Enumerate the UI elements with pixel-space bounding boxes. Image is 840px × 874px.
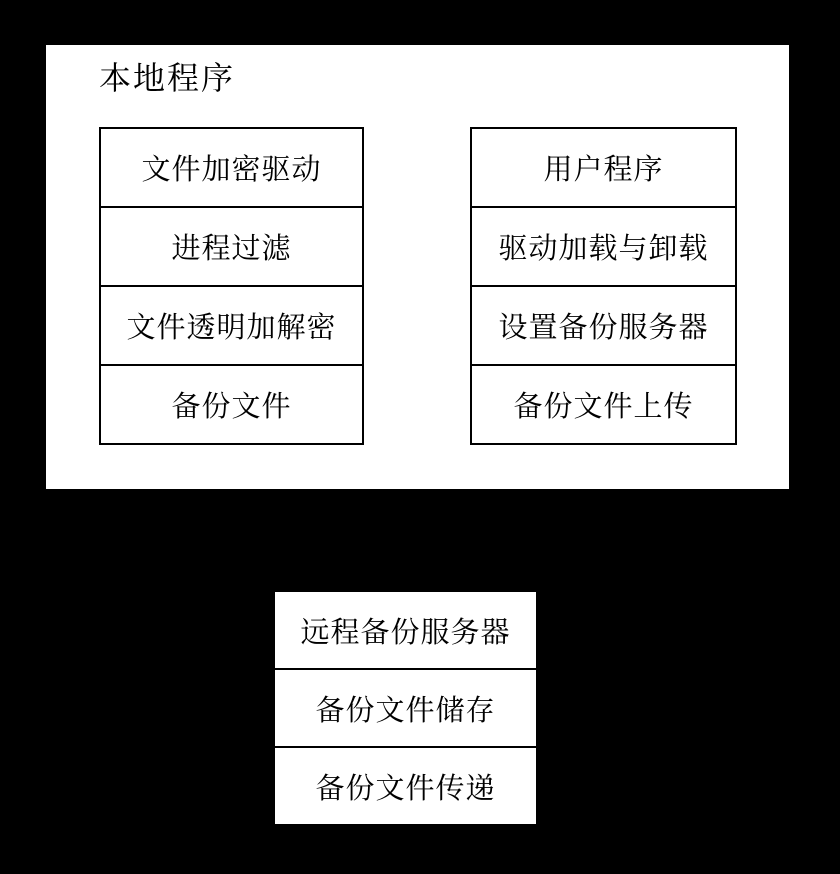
block-set-backup-server: 设置备份服务器	[470, 285, 737, 366]
driver-column: 文件加密驱动 进程过滤 文件透明加解密 备份文件	[99, 127, 364, 445]
block-process-filter: 进程过滤	[99, 206, 364, 287]
block-backup-file-transfer: 备份文件传递	[273, 746, 538, 826]
diagram-canvas: 本地程序 文件加密驱动 进程过滤 文件透明加解密 备份文件 用户程序 驱动加载与…	[0, 0, 840, 874]
block-driver-load-unload: 驱动加载与卸载	[470, 206, 737, 287]
remote-backup-server-group: 远程备份服务器 备份文件储存 备份文件传递	[273, 590, 538, 826]
block-backup-file-upload: 备份文件上传	[470, 364, 737, 445]
local-program-title: 本地程序	[99, 53, 235, 99]
block-remote-backup-server: 远程备份服务器	[273, 590, 538, 670]
block-backup-file: 备份文件	[99, 364, 364, 445]
block-file-encryption-driver: 文件加密驱动	[99, 127, 364, 208]
local-program-group: 本地程序 文件加密驱动 进程过滤 文件透明加解密 备份文件 用户程序 驱动加载与…	[46, 45, 789, 489]
block-transparent-encrypt-decrypt: 文件透明加解密	[99, 285, 364, 366]
block-backup-file-storage: 备份文件储存	[273, 668, 538, 748]
user-program-column: 用户程序 驱动加载与卸载 设置备份服务器 备份文件上传	[470, 127, 737, 445]
block-user-program: 用户程序	[470, 127, 737, 208]
